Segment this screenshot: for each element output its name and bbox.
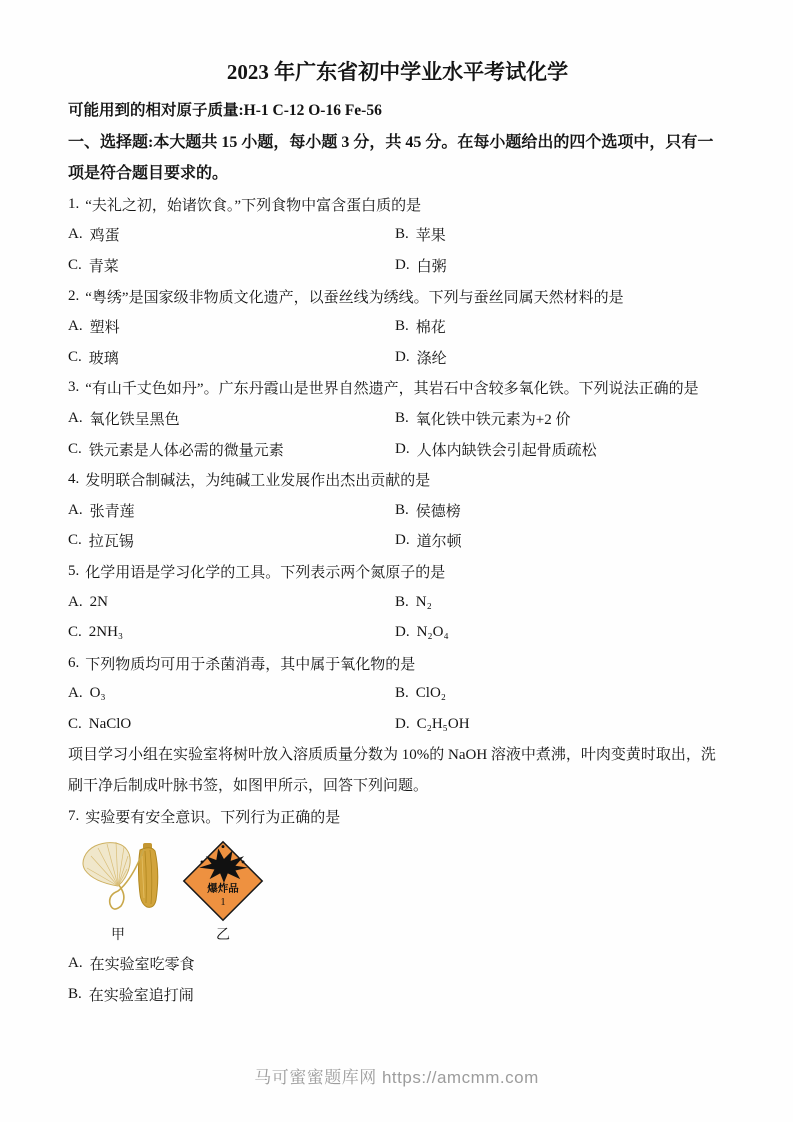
- option-text: 铁元素是人体必需的微量元素: [89, 439, 284, 460]
- sign-text: 爆炸品: [206, 882, 239, 895]
- exam-paper-page: 2023 年广东省初中学业水平考试化学 可能用到的相对原子质量:H-1 C-12…: [0, 0, 793, 1122]
- option-row: A.O₃ B.ClO₂: [68, 679, 727, 710]
- option-row: C.拉瓦锡 D.道尔顿: [68, 526, 727, 557]
- question-5-option-a: A.2N: [68, 587, 395, 618]
- option-text: 在实验室追打闹: [89, 984, 194, 1005]
- option-text: 2NH₃: [89, 624, 123, 641]
- option-text: NaClO: [89, 716, 132, 733]
- question-number: 2.: [68, 288, 79, 305]
- site-watermark-link[interactable]: 马可蜜蜜题库网 https://amcmm.com: [0, 1063, 793, 1088]
- question-1-option-c: C.青菜: [68, 250, 395, 281]
- question-3-option-b: B.氧化铁中铁元素为+2 价: [395, 403, 727, 434]
- question-6: 6. 下列物质均可用于杀菌消毒，其中属于氧化物的是 A.O₃ B.ClO₂ C.…: [68, 648, 727, 740]
- option-label: D.: [395, 257, 410, 274]
- option-row: C.NaClO D.C₂H₅OH: [68, 709, 727, 740]
- option-text: 氧化铁呈黑色: [90, 408, 180, 429]
- question-stem-text: “有山千丈色如丹”。广东丹霞山是世界自然遗产，其岩石中含较多氧化铁。下列说法正确…: [85, 377, 698, 398]
- question-3-option-d: D.人体内缺铁会引起骨质疏松: [395, 434, 727, 465]
- option-label: D.: [395, 349, 410, 366]
- option-row: A.氧化铁呈黑色 B.氧化铁中铁元素为+2 价: [68, 403, 727, 434]
- question-7-stem: 7. 实验要有安全意识。下列行为正确的是: [68, 802, 727, 833]
- question-7-figures: 爆炸品 1: [68, 836, 727, 924]
- option-row: C.2NH₃ D.N₂O₄: [68, 617, 727, 648]
- option-label: C.: [68, 441, 82, 458]
- option-label: A.: [68, 685, 83, 702]
- figure-jia-label: 甲: [68, 924, 168, 948]
- question-stem-text: 化学用语是学习化学的工具。下列表示两个氮原子的是: [85, 561, 445, 582]
- question-stem-text: “夫礼之初，始诸饮食。”下列食物中富含蛋白质的是: [85, 194, 421, 215]
- option-label: B.: [395, 685, 409, 702]
- option-label: C.: [68, 349, 82, 366]
- section-header: 一、选择题:本大题共 15 小题，每小题 3 分，共 45 分。在每小题给出的四…: [68, 127, 727, 189]
- option-text: 氧化铁中铁元素为+2 价: [416, 408, 571, 429]
- question-2-option-c: C.玻璃: [68, 342, 395, 373]
- leaf-bookmark-icon: [68, 840, 168, 924]
- option-label: A.: [68, 955, 83, 972]
- option-label: B.: [395, 226, 409, 243]
- option-label: A.: [68, 410, 83, 427]
- option-row: C.青菜 D.白粥: [68, 250, 727, 281]
- atomic-mass-note: 可能用到的相对原子质量:H-1 C-12 O-16 Fe-56: [68, 98, 727, 124]
- question-3-stem: 3. “有山千丈色如丹”。广东丹霞山是世界自然遗产，其岩石中含较多氧化铁。下列说…: [68, 373, 727, 404]
- option-text: N₂O₄: [417, 624, 449, 641]
- option-label: D.: [395, 716, 410, 733]
- option-label: B.: [395, 318, 409, 335]
- question-1-option-b: B.苹果: [395, 220, 727, 251]
- question-number: 1.: [68, 196, 79, 213]
- question-number: 4.: [68, 471, 79, 488]
- page-content: 2023 年广东省初中学业水平考试化学 可能用到的相对原子质量:H-1 C-12…: [68, 0, 727, 1009]
- option-label: B.: [395, 594, 409, 611]
- question-number: 3.: [68, 379, 79, 396]
- option-label: A.: [68, 318, 83, 335]
- option-row: A.2N B.N₂: [68, 587, 727, 618]
- option-text: 2N: [90, 594, 108, 611]
- option-text: 拉瓦锡: [89, 530, 134, 551]
- option-label: D.: [395, 532, 410, 549]
- question-stem-text: 实验要有安全意识。下列行为正确的是: [85, 806, 340, 827]
- question-7: 7. 实验要有安全意识。下列行为正确的是: [68, 802, 727, 1010]
- option-row: C.铁元素是人体必需的微量元素 D.人体内缺铁会引起骨质疏松: [68, 434, 727, 465]
- option-row: A.张青莲 B.侯德榜: [68, 495, 727, 526]
- question-5-option-d: D.N₂O₄: [395, 617, 727, 648]
- question-stem-text: 发明联合制碱法，为纯碱工业发展作出杰出贡献的是: [85, 469, 430, 490]
- figure-labels: 甲 乙: [68, 924, 727, 948]
- option-label: C.: [68, 624, 82, 641]
- option-text: 人体内缺铁会引起骨质疏松: [417, 439, 597, 460]
- sign-diamond: [184, 842, 262, 920]
- option-label: C.: [68, 532, 82, 549]
- page-title: 2023 年广东省初中学业水平考试化学: [68, 57, 727, 87]
- question-3: 3. “有山千丈色如丹”。广东丹霞山是世界自然遗产，其岩石中含较多氧化铁。下列说…: [68, 373, 727, 465]
- question-number: 7.: [68, 808, 79, 825]
- question-5-stem: 5. 化学用语是学习化学的工具。下列表示两个氮原子的是: [68, 556, 727, 587]
- question-4-option-c: C.拉瓦锡: [68, 526, 395, 557]
- explosive-sign-icon: 爆炸品 1: [180, 838, 266, 924]
- question-3-option-c: C.铁元素是人体必需的微量元素: [68, 434, 395, 465]
- option-text: 在实验室吃零食: [90, 953, 195, 974]
- option-label: A.: [68, 502, 83, 519]
- option-text: 侯德榜: [416, 500, 461, 521]
- passage-text: 项目学习小组在实验室将树叶放入溶质质量分数为 10%的 NaOH 溶液中煮沸，叶…: [68, 740, 727, 802]
- question-2-option-d: D.涤纶: [395, 342, 727, 373]
- option-text: 白粥: [417, 255, 447, 276]
- question-1-option-d: D.白粥: [395, 250, 727, 281]
- option-label: D.: [395, 441, 410, 458]
- question-2-option-b: B.棉花: [395, 311, 727, 342]
- question-4-option-b: B.侯德榜: [395, 495, 727, 526]
- option-label: C.: [68, 716, 82, 733]
- question-5: 5. 化学用语是学习化学的工具。下列表示两个氮原子的是 A.2N B.N₂ C.…: [68, 556, 727, 648]
- question-6-stem: 6. 下列物质均可用于杀菌消毒，其中属于氧化物的是: [68, 648, 727, 679]
- question-number: 6.: [68, 655, 79, 672]
- option-text: 塑料: [90, 316, 120, 337]
- sign-class-number: 1: [220, 897, 225, 908]
- option-text: ClO₂: [416, 685, 446, 702]
- option-text: 张青莲: [90, 500, 135, 521]
- option-label: A.: [68, 594, 83, 611]
- option-text: O₃: [90, 685, 106, 702]
- option-label: C.: [68, 257, 82, 274]
- figure-yi-label: 乙: [180, 924, 266, 948]
- question-6-option-c: C.NaClO: [68, 709, 395, 740]
- option-text: 棉花: [416, 316, 446, 337]
- question-1: 1. “夫礼之初，始诸饮食。”下列食物中富含蛋白质的是 A.鸡蛋 B.苹果 C.…: [68, 189, 727, 281]
- option-text: 青菜: [89, 255, 119, 276]
- option-label: D.: [395, 624, 410, 641]
- question-stem-text: “粤绣”是国家级非物质文化遗产，以蚕丝线为绣线。下列与蚕丝同属天然材料的是: [85, 286, 623, 307]
- question-4-stem: 4. 发明联合制碱法，为纯碱工业发展作出杰出贡献的是: [68, 464, 727, 495]
- option-text: 苹果: [416, 224, 446, 245]
- question-1-option-a: A.鸡蛋: [68, 220, 395, 251]
- question-number: 5.: [68, 563, 79, 580]
- question-4: 4. 发明联合制碱法，为纯碱工业发展作出杰出贡献的是 A.张青莲 B.侯德榜 C…: [68, 464, 727, 556]
- option-label: B.: [395, 410, 409, 427]
- question-7-option-b: B.在实验室追打闹: [68, 979, 727, 1010]
- question-5-option-b: B.N₂: [395, 587, 727, 618]
- figure-yi: 爆炸品 1: [180, 838, 266, 924]
- question-6-option-a: A.O₃: [68, 679, 395, 710]
- option-row: C.玻璃 D.涤纶: [68, 342, 727, 373]
- option-row: A.塑料 B.棉花: [68, 311, 727, 342]
- question-1-stem: 1. “夫礼之初，始诸饮食。”下列食物中富含蛋白质的是: [68, 189, 727, 220]
- question-3-option-a: A.氧化铁呈黑色: [68, 403, 395, 434]
- option-text: 鸡蛋: [90, 224, 120, 245]
- question-2-stem: 2. “粤绣”是国家级非物质文化遗产，以蚕丝线为绣线。下列与蚕丝同属天然材料的是: [68, 281, 727, 312]
- question-stem-text: 下列物质均可用于杀菌消毒，其中属于氧化物的是: [85, 653, 415, 674]
- option-text: N₂: [416, 594, 432, 611]
- figure-jia: [68, 840, 168, 924]
- option-label: A.: [68, 226, 83, 243]
- option-text: 涤纶: [417, 347, 447, 368]
- option-label: B.: [395, 502, 409, 519]
- question-2: 2. “粤绣”是国家级非物质文化遗产，以蚕丝线为绣线。下列与蚕丝同属天然材料的是…: [68, 281, 727, 373]
- option-text: C₂H₅OH: [417, 716, 470, 733]
- question-4-option-a: A.张青莲: [68, 495, 395, 526]
- question-6-option-b: B.ClO₂: [395, 679, 727, 710]
- option-text: 道尔顿: [417, 530, 462, 551]
- question-7-option-a: A.在实验室吃零食: [68, 948, 727, 979]
- question-4-option-d: D.道尔顿: [395, 526, 727, 557]
- option-label: B.: [68, 986, 82, 1003]
- question-2-option-a: A.塑料: [68, 311, 395, 342]
- question-5-option-c: C.2NH₃: [68, 617, 395, 648]
- question-6-option-d: D.C₂H₅OH: [395, 709, 727, 740]
- option-text: 玻璃: [89, 347, 119, 368]
- option-row: A.鸡蛋 B.苹果: [68, 220, 727, 251]
